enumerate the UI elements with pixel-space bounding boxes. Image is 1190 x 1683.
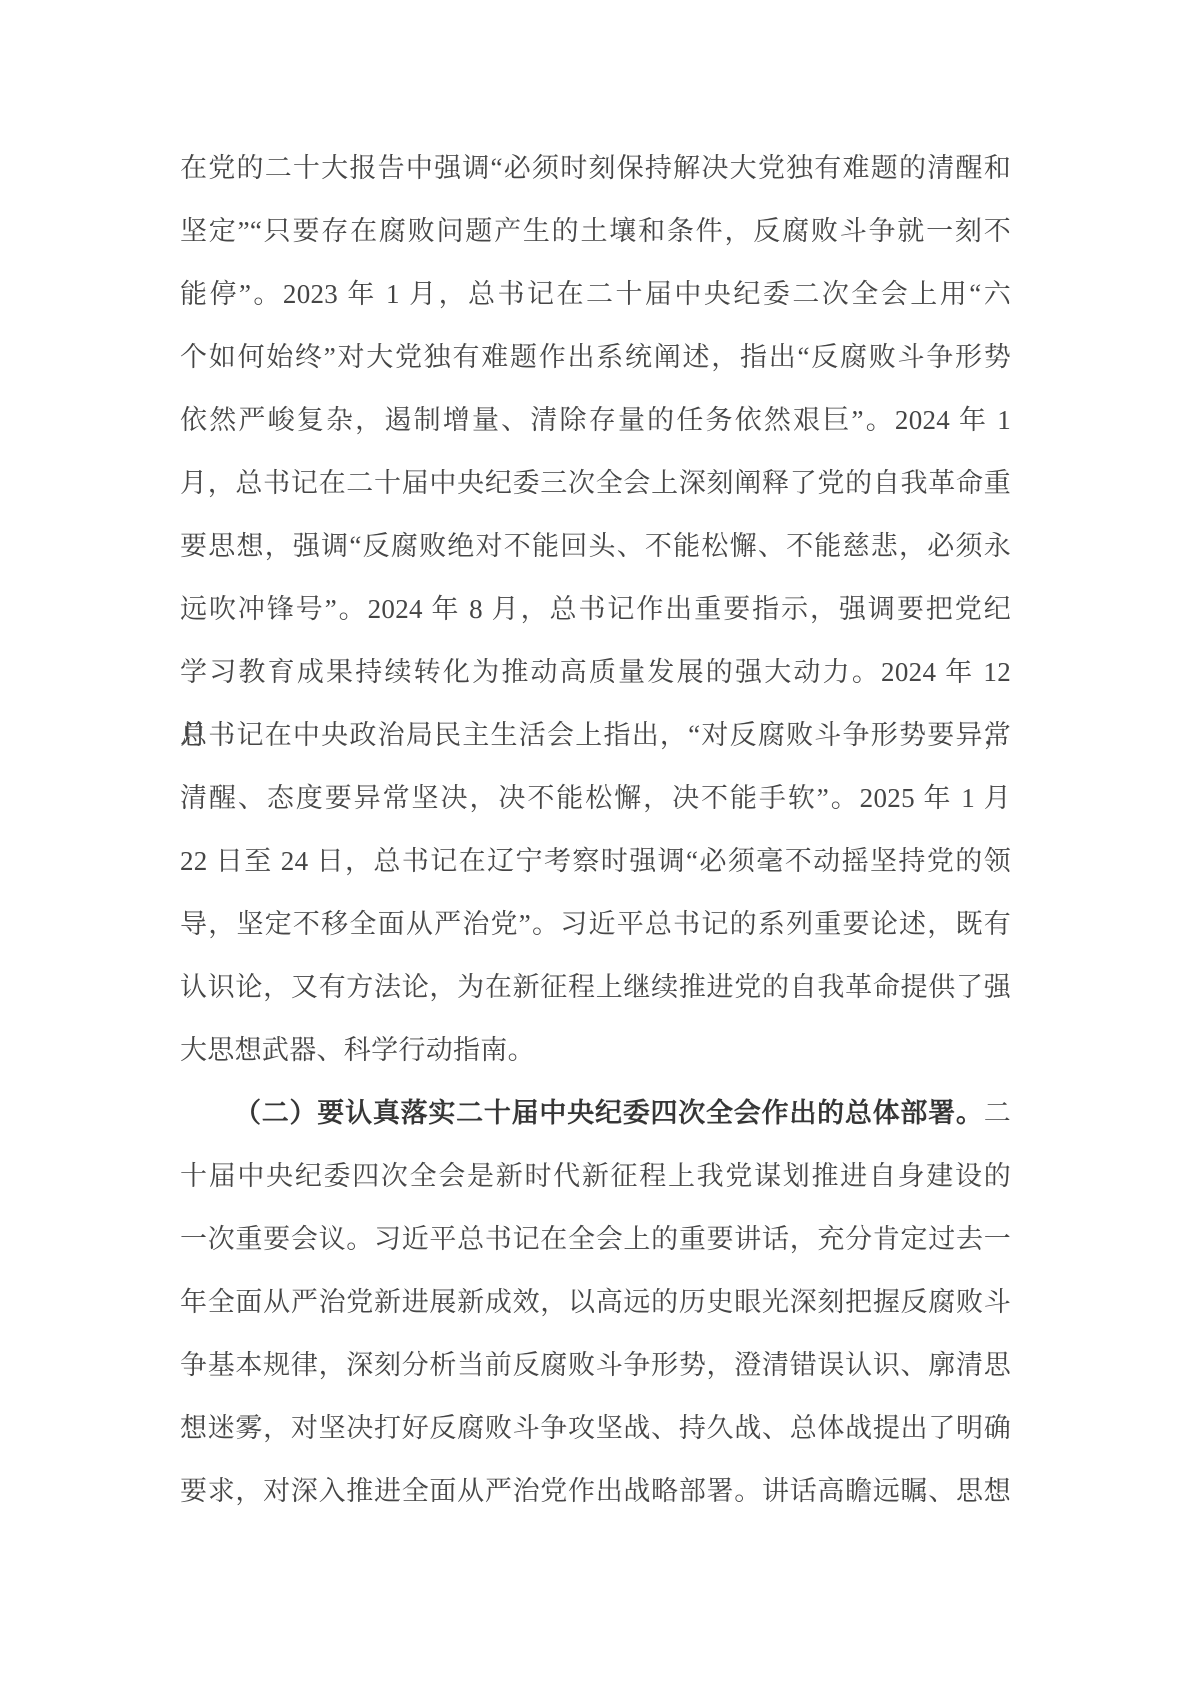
line-text: 十届中央纪委四次全会是新时代新征程上我党谋划推进自身建设的 xyxy=(180,1161,1011,1191)
line-text: 清醒、态度要异常坚决，决不能松懈，决不能手软”。2025 年 1 月 xyxy=(180,783,1011,813)
text-line: 年全面从严治党新进展新成效，以高远的历史眼光深刻把握反腐败斗 xyxy=(180,1271,1011,1334)
text-line: 一次重要会议。习近平总书记在全会上的重要讲话，充分肯定过去一 xyxy=(180,1208,1011,1271)
line-text: 要思想，强调“反腐败绝对不能回头、不能松懈、不能慈悲，必须永 xyxy=(180,531,1011,561)
text-line: 大思想武器、科学行动指南。 xyxy=(180,1019,1011,1082)
line-text: 能停”。2023 年 1 月，总书记在二十届中央纪委二次全会上用“六 xyxy=(180,279,1011,309)
line-text: 坚定”“只要存在腐败问题产生的土壤和条件，反腐败斗争就一刻不 xyxy=(180,216,1011,246)
paragraph-start-line: （二）要认真落实二十届中央纪委四次全会作出的总体部署。二 xyxy=(180,1082,1011,1145)
line-text: 争基本规律，深刻分析当前反腐败斗争形势，澄清错误认识、廓清思 xyxy=(180,1350,1011,1380)
text-line: 远吹冲锋号”。2024 年 8 月，总书记作出重要指示，强调要把党纪 xyxy=(180,578,1011,641)
line-text: 个如何始终”对大党独有难题作出系统阐述，指出“反腐败斗争形势 xyxy=(180,342,1011,372)
line-text: 依然严峻复杂，遏制增量、清除存量的任务依然艰巨”。2024 年 1 xyxy=(180,405,1011,435)
line-text: 总书记在中央政治局民主生活会上指出，“对反腐败斗争形势要异常 xyxy=(180,720,1011,750)
document-page: 在党的二十大报告中强调“必须时刻保持解决大党独有难题的清醒和坚定”“只要存在腐败… xyxy=(0,0,1190,1683)
line-text: 认识论，又有方法论，为在新征程上继续推进党的自我革命提供了强 xyxy=(180,972,1011,1002)
text-line: 总书记在中央政治局民主生活会上指出，“对反腐败斗争形势要异常 xyxy=(180,704,1011,767)
document-body: 在党的二十大报告中强调“必须时刻保持解决大党独有难题的清醒和坚定”“只要存在腐败… xyxy=(180,137,1011,1523)
text-line: 学习教育成果持续转化为推动高质量发展的强大动力。2024 年 12 月， xyxy=(180,641,1011,704)
line-text: 在党的二十大报告中强调“必须时刻保持解决大党独有难题的清醒和 xyxy=(180,153,1011,183)
text-line: 在党的二十大报告中强调“必须时刻保持解决大党独有难题的清醒和 xyxy=(180,137,1011,200)
text-line: 清醒、态度要异常坚决，决不能松懈，决不能手软”。2025 年 1 月 xyxy=(180,767,1011,830)
line-text: 一次重要会议。习近平总书记在全会上的重要讲话，充分肯定过去一 xyxy=(180,1224,1011,1254)
line-text: 二 xyxy=(984,1098,1011,1128)
text-line: 导，坚定不移全面从严治党”。习近平总书记的系列重要论述，既有 xyxy=(180,893,1011,956)
text-line: 坚定”“只要存在腐败问题产生的土壤和条件，反腐败斗争就一刻不 xyxy=(180,200,1011,263)
section-heading-bold: （二）要认真落实二十届中央纪委四次全会作出的总体部署。 xyxy=(234,1098,984,1128)
line-text: 22 日至 24 日，总书记在辽宁考察时强调“必须毫不动摇坚持党的领 xyxy=(180,846,1011,876)
text-line: 能停”。2023 年 1 月，总书记在二十届中央纪委二次全会上用“六 xyxy=(180,263,1011,326)
text-line: 22 日至 24 日，总书记在辽宁考察时强调“必须毫不动摇坚持党的领 xyxy=(180,830,1011,893)
line-text: 月，总书记在二十届中央纪委三次全会上深刻阐释了党的自我革命重 xyxy=(180,468,1011,498)
line-text: 导，坚定不移全面从严治党”。习近平总书记的系列重要论述，既有 xyxy=(180,909,1011,939)
text-line: 想迷雾，对坚决打好反腐败斗争攻坚战、持久战、总体战提出了明确 xyxy=(180,1397,1011,1460)
line-text: 想迷雾，对坚决打好反腐败斗争攻坚战、持久战、总体战提出了明确 xyxy=(180,1413,1011,1443)
text-line: 十届中央纪委四次全会是新时代新征程上我党谋划推进自身建设的 xyxy=(180,1145,1011,1208)
line-text: 大思想武器、科学行动指南。 xyxy=(180,1035,535,1065)
text-line: 要求，对深入推进全面从严治党作出战略部署。讲话高瞻远瞩、思想 xyxy=(180,1460,1011,1523)
text-line: 争基本规律，深刻分析当前反腐败斗争形势，澄清错误认识、廓清思 xyxy=(180,1334,1011,1397)
text-line: 个如何始终”对大党独有难题作出系统阐述，指出“反腐败斗争形势 xyxy=(180,326,1011,389)
text-line: 认识论，又有方法论，为在新征程上继续推进党的自我革命提供了强 xyxy=(180,956,1011,1019)
text-line: 依然严峻复杂，遏制增量、清除存量的任务依然艰巨”。2024 年 1 xyxy=(180,389,1011,452)
text-line: 要思想，强调“反腐败绝对不能回头、不能松懈、不能慈悲，必须永 xyxy=(180,515,1011,578)
line-text: 要求，对深入推进全面从严治党作出战略部署。讲话高瞻远瞩、思想 xyxy=(180,1476,1011,1506)
line-text: 远吹冲锋号”。2024 年 8 月，总书记作出重要指示，强调要把党纪 xyxy=(180,594,1011,624)
text-line: 月，总书记在二十届中央纪委三次全会上深刻阐释了党的自我革命重 xyxy=(180,452,1011,515)
line-text: 年全面从严治党新进展新成效，以高远的历史眼光深刻把握反腐败斗 xyxy=(180,1287,1011,1317)
